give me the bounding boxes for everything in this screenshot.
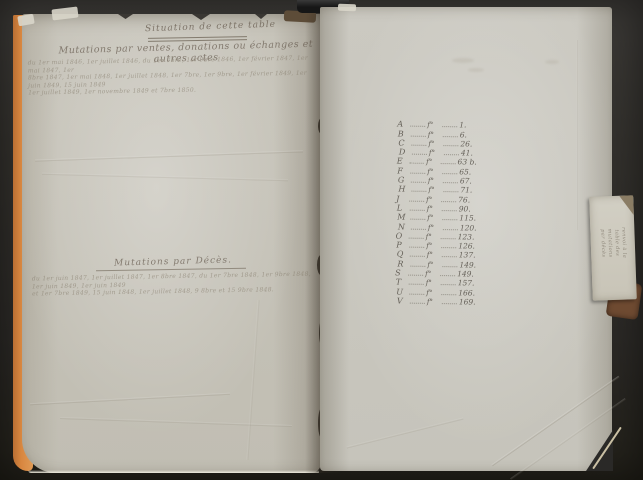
index-letter: E xyxy=(397,157,408,166)
dotted-leader xyxy=(410,210,425,211)
dotted-leader xyxy=(411,182,426,183)
dotted-leader xyxy=(410,172,425,173)
dotted-leader xyxy=(441,247,456,248)
folio-abbrev: f° xyxy=(428,186,441,194)
folio-abbrev: f° xyxy=(427,261,440,269)
dotted-leader xyxy=(443,191,458,192)
index-letter: D xyxy=(399,148,410,157)
folio-number: 149. xyxy=(457,269,475,278)
dotted-leader xyxy=(441,284,456,285)
folio-number: 67. xyxy=(460,176,478,185)
index-letter: O xyxy=(396,231,407,240)
dotted-leader xyxy=(409,293,424,294)
dotted-leader xyxy=(410,265,425,266)
folio-abbrev: f° xyxy=(427,251,440,259)
folio-number: 157. xyxy=(458,279,476,288)
dotted-leader xyxy=(410,219,425,220)
dotted-leader xyxy=(443,136,458,137)
index-letter: H xyxy=(398,185,409,194)
slip-note-text: renvoi à latable desmutationspar décès xyxy=(597,194,628,293)
folio-abbrev: f° xyxy=(426,279,439,287)
folio-abbrev: f° xyxy=(427,168,440,176)
folio-abbrev: f° xyxy=(429,149,442,157)
folio-abbrev: f° xyxy=(427,205,440,213)
folio-number: 41. xyxy=(461,149,479,158)
folio-abbrev: f° xyxy=(428,223,441,231)
dotted-leader xyxy=(441,201,456,202)
dotted-leader xyxy=(442,210,457,211)
index-letter: B xyxy=(398,129,409,138)
folio-number: 6. xyxy=(460,130,478,139)
dotted-leader xyxy=(409,237,424,238)
folio-number: 166. xyxy=(458,288,476,297)
index-letter: M xyxy=(397,213,408,222)
dotted-leader xyxy=(411,228,426,229)
folio-abbrev: f° xyxy=(426,233,439,241)
folio-abbrev: f° xyxy=(426,196,439,204)
index-letter: V xyxy=(397,296,408,305)
dotted-leader xyxy=(443,145,458,146)
folio-number: 65. xyxy=(459,167,477,176)
dotted-leader xyxy=(410,303,425,304)
index-letter: J xyxy=(396,194,407,203)
index-letter: R xyxy=(397,259,408,268)
index-letter: A xyxy=(397,120,408,129)
folio-number: 137. xyxy=(459,251,477,260)
dotted-leader xyxy=(410,256,425,257)
dotted-leader xyxy=(441,238,456,239)
index-letter: Q xyxy=(397,250,408,259)
paper-fragment xyxy=(338,4,356,12)
dotted-leader xyxy=(442,257,457,258)
dotted-leader xyxy=(442,266,457,267)
index-letter: P xyxy=(396,241,407,250)
folio-number: 126. xyxy=(458,241,476,250)
dotted-leader xyxy=(441,294,456,295)
dotted-leader xyxy=(444,154,459,155)
dotted-leader xyxy=(409,247,424,248)
index-row: Vf°169. xyxy=(397,296,477,306)
dotted-leader xyxy=(443,229,458,230)
dotted-leader xyxy=(410,163,424,164)
folio-number: 120. xyxy=(460,223,478,232)
folio-abbrev: f° xyxy=(428,177,441,185)
folio-number: 123. xyxy=(458,232,476,241)
folio-abbrev: f° xyxy=(427,298,440,306)
folio-number: 149. xyxy=(459,260,477,269)
index-letter: L xyxy=(397,203,408,212)
folio-abbrev: f° xyxy=(425,270,438,278)
index-letter: S xyxy=(395,268,406,277)
dotted-leader xyxy=(442,173,457,174)
folio-number: 71. xyxy=(460,186,478,195)
dates-paragraph: du 1er mai 1846, 1er juillet 1846, du 1e… xyxy=(28,54,321,97)
folio-abbrev: f° xyxy=(427,121,440,129)
index-letter: G xyxy=(398,176,409,185)
dotted-leader xyxy=(440,275,455,276)
index-letter: T xyxy=(396,278,407,287)
folio-number: 76. xyxy=(458,195,476,204)
folio-number: 169. xyxy=(459,297,477,306)
index-letter: N xyxy=(398,222,409,231)
folio-number: 90. xyxy=(459,204,477,213)
dotted-leader xyxy=(442,219,457,220)
folio-number: 1. xyxy=(459,121,477,130)
index-letter: F xyxy=(397,166,408,175)
dotted-leader xyxy=(442,126,457,127)
folio-abbrev: f° xyxy=(427,214,440,222)
ink-bleedthrough xyxy=(545,60,559,64)
dotted-leader xyxy=(441,164,455,165)
document-scan: Situation de cette table Mutations par v… xyxy=(0,0,643,480)
folio-abbrev: f° xyxy=(428,130,441,138)
dotted-leader xyxy=(411,145,426,146)
folio-number: 26. xyxy=(460,139,478,148)
dotted-leader xyxy=(443,182,458,183)
ink-bleedthrough xyxy=(452,58,474,63)
folio-abbrev: f° xyxy=(426,158,439,166)
folio-abbrev: f° xyxy=(426,242,439,250)
index-letter: C xyxy=(398,138,409,147)
dotted-leader xyxy=(411,135,426,136)
margin-slip-note: renvoi à latable desmutationspar décès xyxy=(589,195,637,300)
dotted-leader xyxy=(412,154,427,155)
folio-abbrev: f° xyxy=(426,289,439,297)
dotted-leader xyxy=(410,126,425,127)
dotted-leader xyxy=(409,200,424,201)
index-letter: U xyxy=(396,287,407,296)
ink-bleedthrough xyxy=(468,68,484,72)
folio-number: 115. xyxy=(459,214,477,223)
dotted-leader xyxy=(409,284,424,285)
dotted-leader xyxy=(408,275,423,276)
folio-abbrev: f° xyxy=(428,140,441,148)
alphabetical-index: Af°1.Bf°6.Cf°26.Df°41.Ef°63 b.Ff°65.Gf°6… xyxy=(395,119,478,306)
folio-number: 63 b. xyxy=(458,158,477,167)
dotted-leader xyxy=(411,191,426,192)
dotted-leader xyxy=(442,303,457,304)
